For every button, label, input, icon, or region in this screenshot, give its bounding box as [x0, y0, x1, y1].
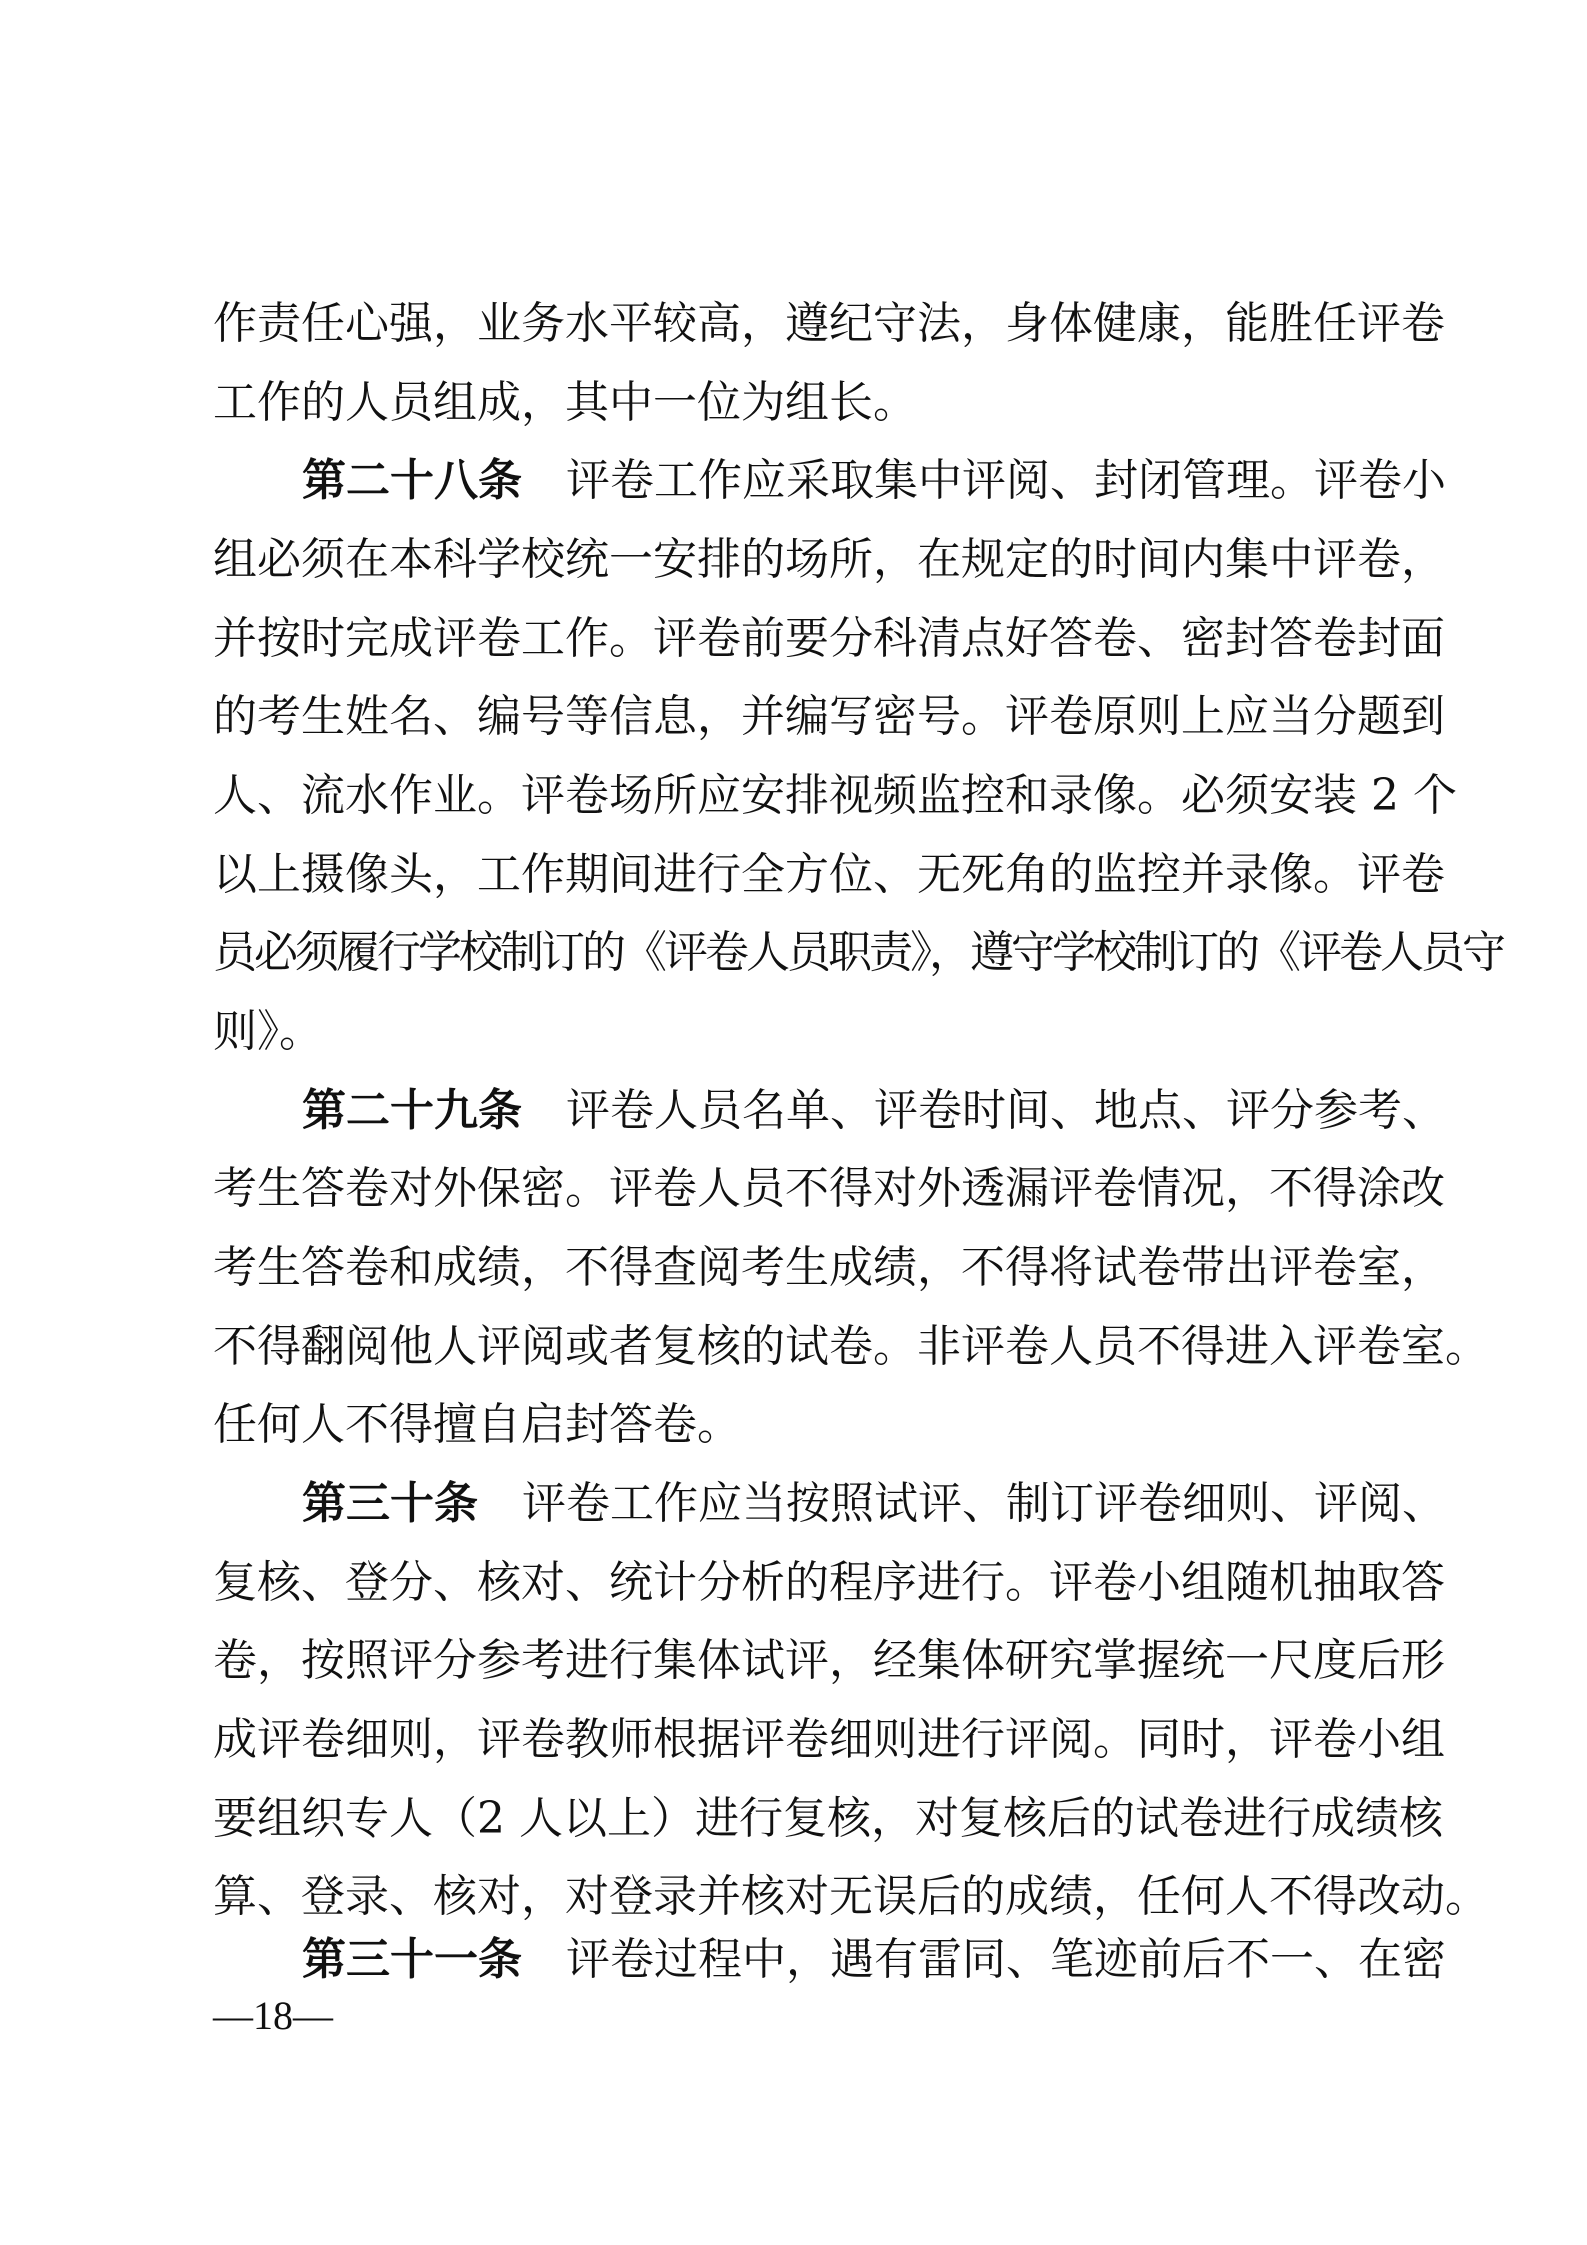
body-line: 算、登录、核对，对登录并核对无误后的成绩，任何人不得改动。: [213, 1867, 1375, 1927]
article-29-label: 第二十九条: [302, 1081, 522, 1141]
body-line: 作责任心强，业务水平较高，遵纪守法，身体健康，能胜任评卷: [213, 294, 1375, 354]
body-line: 要组织专人（2 人以上）进行复核，对复核后的试卷进行成绩核: [213, 1789, 1375, 1849]
article-30-first-line: 第三十条评卷工作应当按照试评、制订评卷细则、评阅、: [302, 1474, 1375, 1534]
body-line: 并按时完成评卷工作。评卷前要分科清点好答卷、密封答卷封面: [213, 609, 1375, 669]
body-text: 评卷工作应当按照试评、制订评卷细则、评阅、: [522, 1478, 1446, 1529]
article-31-first-line: 第三十一条评卷过程中，遇有雷同、笔迹前后不一、在密: [302, 1930, 1375, 1990]
body-line: 人、流水作业。评卷场所应安排视频监控和录像。必须安装 2 个: [213, 766, 1375, 826]
body-text: 评卷人员名单、评卷时间、地点、评分参考、: [566, 1085, 1446, 1136]
document-page: 作责任心强，业务水平较高，遵纪守法，身体健康，能胜任评卷 工作的人员组成，其中一…: [0, 0, 1587, 2245]
article-28-label: 第二十八条: [302, 451, 522, 511]
body-line: 卷，按照评分参考进行集体试评，经集体研究掌握统一尺度后形: [213, 1631, 1375, 1691]
body-line: 组必须在本科学校统一安排的场所，在规定的时间内集中评卷，: [213, 530, 1375, 590]
body-line: 任何人不得擅自启封答卷。: [213, 1395, 1375, 1455]
article-31-label: 第三十一条: [302, 1930, 522, 1990]
body-line: 考生答卷对外保密。评卷人员不得对外透漏评卷情况，不得涂改: [213, 1159, 1375, 1219]
body-text: 评卷工作应采取集中评阅、封闭管理。评卷小: [566, 455, 1446, 506]
body-line: 工作的人员组成，其中一位为组长。: [213, 373, 1375, 433]
article-29-first-line: 第二十九条评卷人员名单、评卷时间、地点、评分参考、: [302, 1081, 1375, 1141]
body-line: 成评卷细则，评卷教师根据评卷细则进行评阅。同时，评卷小组: [213, 1710, 1375, 1770]
article-28-first-line: 第二十八条评卷工作应采取集中评阅、封闭管理。评卷小: [302, 451, 1375, 511]
body-text: 评卷过程中，遇有雷同、笔迹前后不一、在密: [566, 1934, 1446, 1985]
body-line: 则》。: [213, 1002, 1375, 1062]
article-30-label: 第三十条: [302, 1474, 478, 1534]
body-line: 不得翻阅他人评阅或者复核的试卷。非评卷人员不得进入评卷室。: [213, 1317, 1375, 1377]
body-line: 的考生姓名、编号等信息，并编写密号。评卷原则上应当分题到: [213, 687, 1375, 747]
body-line: 以上摄像头，工作期间进行全方位、无死角的监控并录像。评卷: [213, 845, 1375, 905]
body-line: 复核、登分、核对、统计分析的程序进行。评卷小组随机抽取答: [213, 1553, 1375, 1613]
body-line: 员必须履行学校制订的《评卷人员职责》，遵守学校制订的《评卷人员守: [213, 923, 1375, 983]
page-number: —18—: [213, 1996, 333, 2036]
body-line: 考生答卷和成绩，不得查阅考生成绩，不得将试卷带出评卷室，: [213, 1238, 1375, 1298]
